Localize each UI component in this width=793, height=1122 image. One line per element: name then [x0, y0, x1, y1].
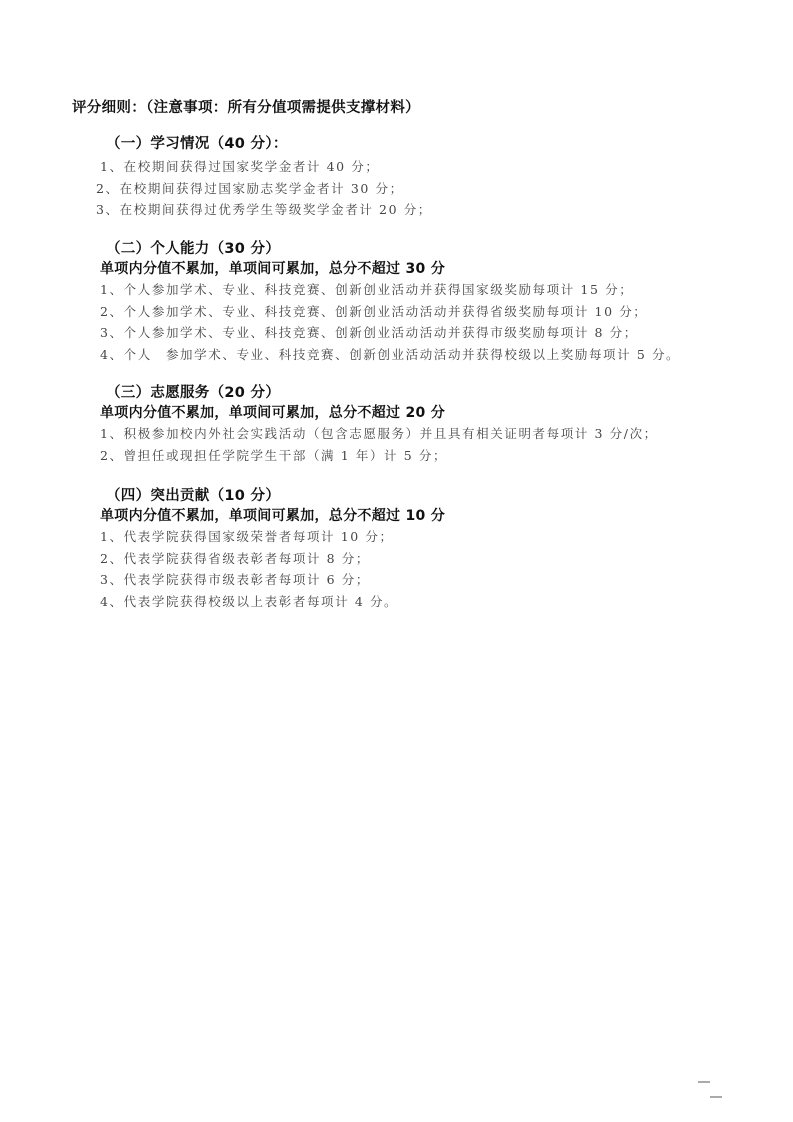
section-heading: （一）学习情况（40 分）：: [106, 134, 776, 154]
list-item: 1、在校期间获得过国家奖学金者计 40 分；: [100, 156, 776, 178]
page-number-mark: [710, 1096, 722, 1098]
list-item: 2、在校期间获得过国家励志奖学金者计 30 分；: [96, 178, 776, 200]
list-item: 2、曾担任或现担任学院学生干部（满 1 年）计 5 分；: [100, 445, 776, 467]
list-item: 2、代表学院获得省级表彰者每项计 8 分；: [100, 548, 776, 570]
list-item: 3、代表学院获得市级表彰者每项计 6 分；: [100, 569, 776, 591]
list-item: 1、代表学院获得国家级荣誉者每项计 10 分；: [100, 526, 776, 548]
list-item: 1、个人参加学术、专业、科技竞赛、创新创业活动并获得国家级奖励每项计 15 分；: [100, 279, 776, 301]
section-rule: 单项内分值不累加，单项间可累加，总分不超过 30 分: [100, 259, 776, 279]
list-item: 2、个人参加学术、专业、科技竞赛、创新创业活动活动并获得省级奖励每项计 10 分…: [100, 301, 776, 323]
section-heading: （四）突出贡献（10 分）: [106, 486, 776, 506]
page-number-mark: [698, 1081, 710, 1083]
page-title: 评分细则：（注意事项：所有分值项需提供支撑材料）: [72, 96, 420, 117]
list-item: 3、个人参加学术、专业、科技竞赛、创新创业活动活动并获得市级奖励每项计 8 分；: [100, 322, 776, 344]
section-heading: （二）个人能力（30 分）: [106, 239, 776, 259]
list-item: 1、积极参加校内外社会实践活动（包含志愿服务）并且具有相关证明者每项计 3 分/…: [100, 423, 776, 445]
section-volunteer: （三）志愿服务（20 分） 单项内分值不累加，单项间可累加，总分不超过 20 分…: [96, 383, 776, 466]
section-contribution: （四）突出贡献（10 分） 单项内分值不累加，单项间可累加，总分不超过 10 分…: [96, 486, 776, 612]
list-item: 4、代表学院获得校级以上表彰者每项计 4 分。: [100, 591, 776, 613]
section-heading: （三）志愿服务（20 分）: [106, 383, 776, 403]
section-study: （一）学习情况（40 分）： 1、在校期间获得过国家奖学金者计 40 分； 2、…: [96, 134, 776, 221]
list-item: 4、个人 参加学术、专业、科技竞赛、创新创业活动活动并获得校级以上奖励每项计 5…: [100, 344, 776, 366]
section-personal-ability: （二）个人能力（30 分） 单项内分值不累加，单项间可累加，总分不超过 30 分…: [96, 239, 776, 365]
section-rule: 单项内分值不累加，单项间可累加，总分不超过 10 分: [100, 506, 776, 526]
list-item: 3、在校期间获得过优秀学生等级奖学金者计 20 分；: [96, 199, 776, 221]
section-rule: 单项内分值不累加，单项间可累加，总分不超过 20 分: [100, 403, 776, 423]
